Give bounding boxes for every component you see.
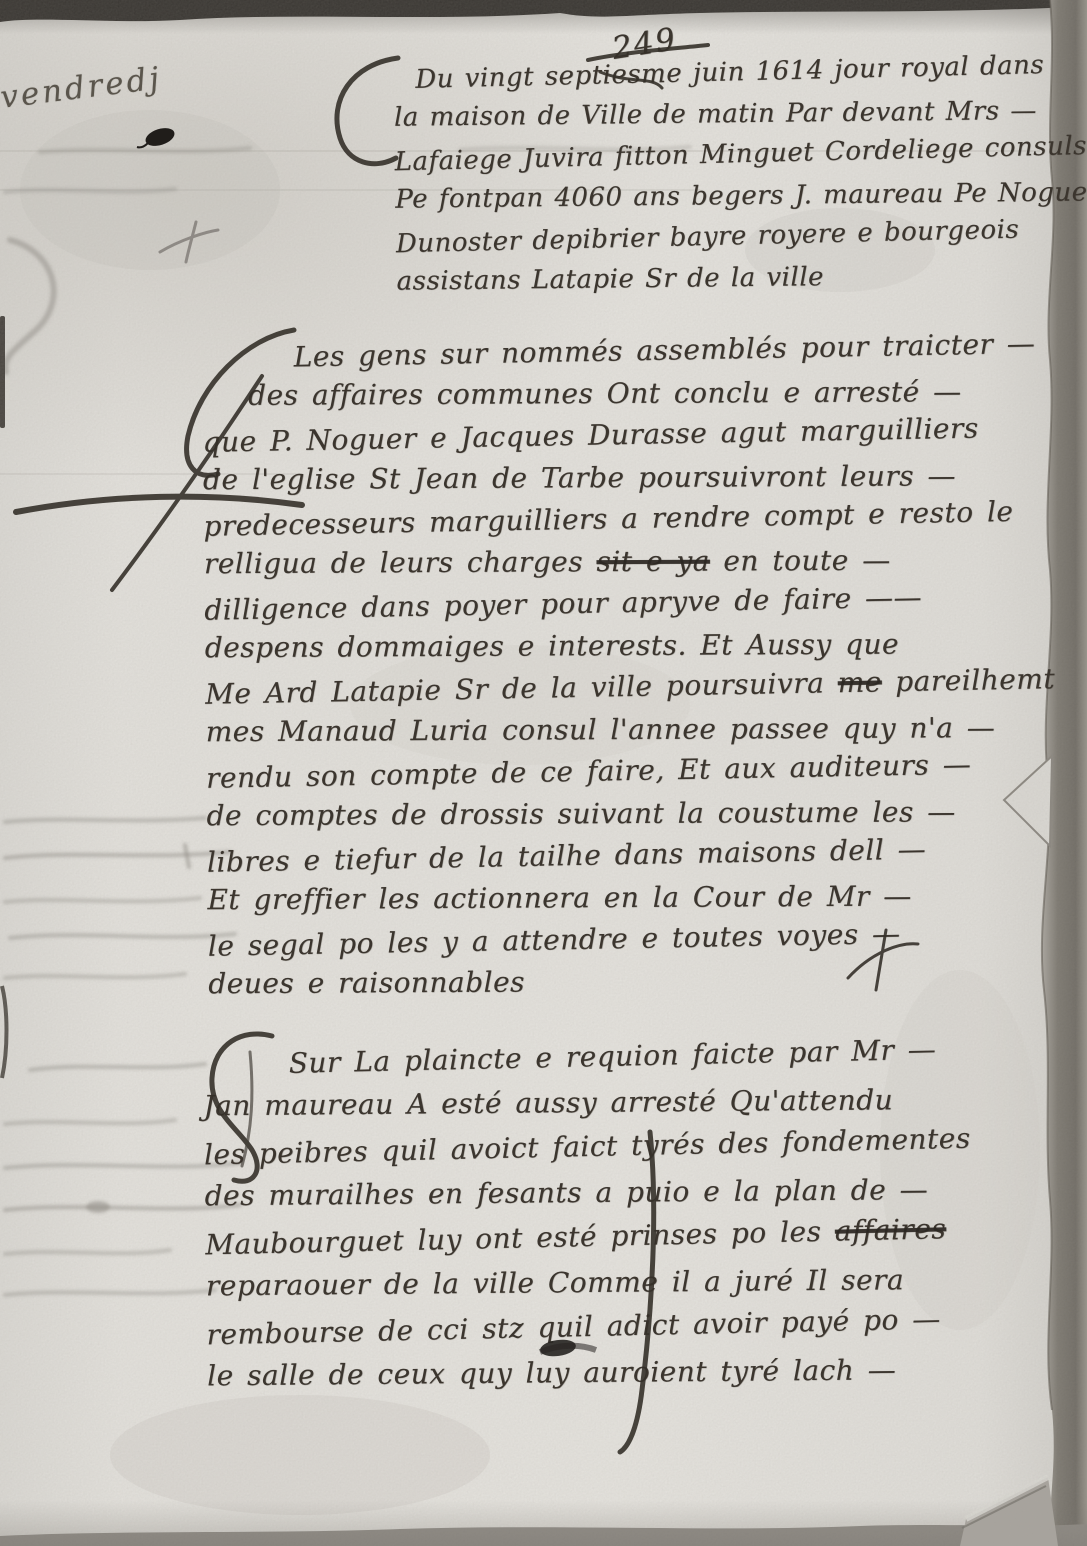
line-text: pareilhemt [881, 662, 1055, 698]
left-edge-sliver [0, 316, 5, 428]
struck-text: affaires [834, 1212, 946, 1247]
struck-text: me [837, 665, 882, 699]
paragraph-plaincte-maureau: Sur La plaincte e requion faicte par Mr … [203, 1035, 975, 1406]
dog-ear-fold-highlight [966, 1477, 1048, 1519]
manuscript-line: deues e raisonnables [208, 963, 1058, 1009]
left-edge-mark [2, 986, 7, 1078]
manuscript-line: assistans Latapie Sr de la ville [396, 259, 1087, 307]
margin-note-vendredi: vendredj [0, 60, 164, 116]
dog-ear-fold-shadow [962, 1486, 1046, 1528]
struck-text: sit e ya [596, 545, 710, 579]
manuscript-line: Les gens sur nommés assemblés pour traic… [293, 327, 1052, 383]
top-edge-shadow [0, 0, 1087, 34]
dog-ear-fold [960, 1477, 1058, 1546]
manuscript-page: 249 vendredj Du vingt septiesme juin 161… [0, 0, 1087, 1546]
initial-flourish-D [337, 58, 398, 164]
line-text: en toute — [710, 544, 891, 578]
bottom-edge-band [0, 1524, 1087, 1546]
line-text: relligua de leurs charges [204, 545, 597, 580]
faint-cross-mark [160, 222, 218, 262]
top-edge-dark [0, 0, 1087, 22]
line-text: Me Ard Latapie Sr de la ville poursuivra [205, 666, 838, 711]
manuscript-line: le salle de ceux quy luy auroient tyré l… [207, 1353, 974, 1405]
ink-blot [143, 125, 176, 149]
paragraph-deliberation-marguilliers: Les gens sur nommés assemblés pour traic… [202, 330, 1059, 1011]
paragraph-session-heading: Du vingt septiesme juin 1614 jour royal … [393, 51, 1087, 308]
bottom-edge-shadow [0, 1500, 1087, 1546]
